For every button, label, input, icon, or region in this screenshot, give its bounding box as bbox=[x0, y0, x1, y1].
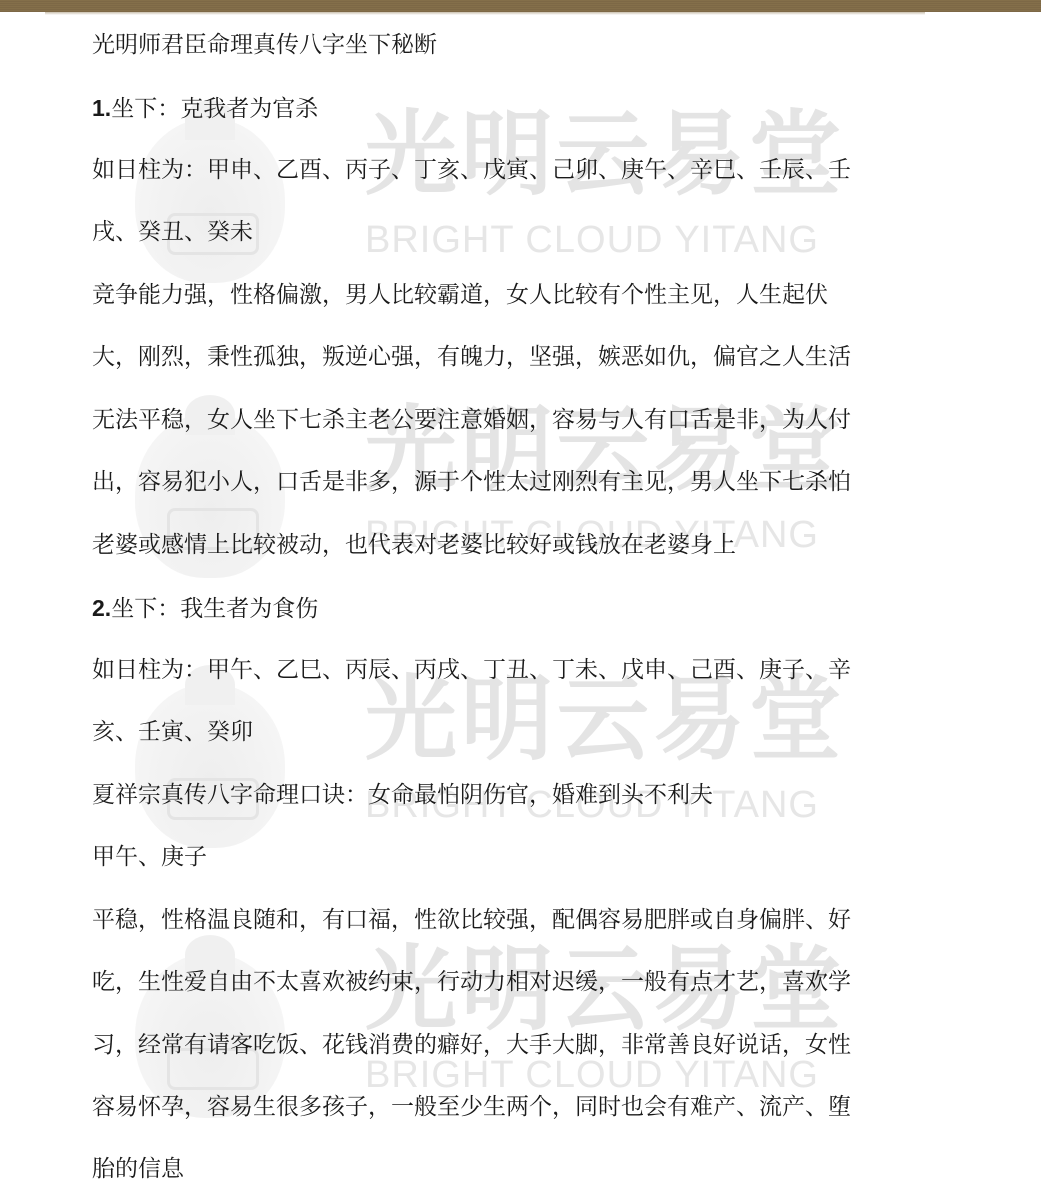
section-heading-text: 坐下：克我者为官杀 bbox=[111, 96, 318, 122]
paragraph-line: 戌、癸丑、癸未 bbox=[92, 217, 253, 247]
page-top-border bbox=[0, 0, 1041, 12]
paragraph-line: 老婆或感情上比较被动，也代表对老婆比较好或钱放在老婆身上 bbox=[92, 530, 736, 560]
paragraph-line: 竞争能力强，性格偏激，男人比较霸道，女人比较有个性主见，人生起伏 bbox=[92, 280, 828, 310]
paragraph-line: 无法平稳，女人坐下七杀主老公要注意婚姻，容易与人有口舌是非，为人付 bbox=[92, 405, 851, 435]
watermark: 光明云易堂 BRIGHT CLOUD YITANG bbox=[0, 100, 1041, 300]
section-heading: 1.坐下：克我者为官杀 bbox=[92, 93, 318, 124]
watermark-logo-icon bbox=[135, 118, 285, 283]
paragraph-line: 胎的信息 bbox=[92, 1154, 184, 1184]
section-number: 1. bbox=[92, 95, 111, 121]
section-heading-text: 坐下：我生者为食伤 bbox=[111, 596, 318, 622]
paragraph-line: 大，刚烈，秉性孤独，叛逆心强，有魄力，坚强，嫉恶如仇，偏官之人生活 bbox=[92, 342, 851, 372]
watermark-en: BRIGHT CLOUD YITANG bbox=[365, 218, 819, 262]
section-number: 2. bbox=[92, 595, 111, 621]
paragraph-line: 平稳，性格温良随和，有口福，性欲比较强，配偶容易肥胖或自身偏胖、好 bbox=[92, 905, 851, 935]
document-title: 光明师君臣命理真传八字坐下秘断 bbox=[92, 30, 437, 60]
paragraph-line: 容易怀孕，容易生很多孩子，一般至少生两个，同时也会有难产、流产、堕 bbox=[92, 1092, 851, 1122]
paragraph-line: 夏祥宗真传八字命理口诀：女命最怕阴伤官，婚难到头不利夫 bbox=[92, 780, 713, 810]
paragraph-line: 如日柱为：甲申、乙酉、丙子、丁亥、戊寅、己卯、庚午、辛巳、壬辰、壬 bbox=[92, 155, 851, 185]
paragraph-line: 习，经常有请客吃饭、花钱消费的癖好，大手大脚，非常善良好说话，女性 bbox=[92, 1030, 851, 1060]
watermark: 光明云易堂 BRIGHT CLOUD YITANG bbox=[0, 665, 1041, 865]
watermark-logo-icon bbox=[135, 683, 285, 848]
paragraph-line: 出，容易犯小人，口舌是非多，源于个性太过刚烈有主见，男人坐下七杀怕 bbox=[92, 467, 851, 497]
paragraph-line: 如日柱为：甲午、乙巳、丙辰、丙戌、丁丑、丁未、戊申、己酉、庚子、辛 bbox=[92, 655, 851, 685]
section-heading: 2.坐下：我生者为食伤 bbox=[92, 593, 318, 624]
paragraph-line: 甲午、庚子 bbox=[92, 842, 207, 872]
paragraph-line: 吃，生性爱自由不太喜欢被约束，行动力相对迟缓，一般有点才艺，喜欢学 bbox=[92, 967, 851, 997]
page-top-shadow bbox=[45, 12, 925, 15]
paragraph-line: 亥、壬寅、癸卯 bbox=[92, 717, 253, 747]
